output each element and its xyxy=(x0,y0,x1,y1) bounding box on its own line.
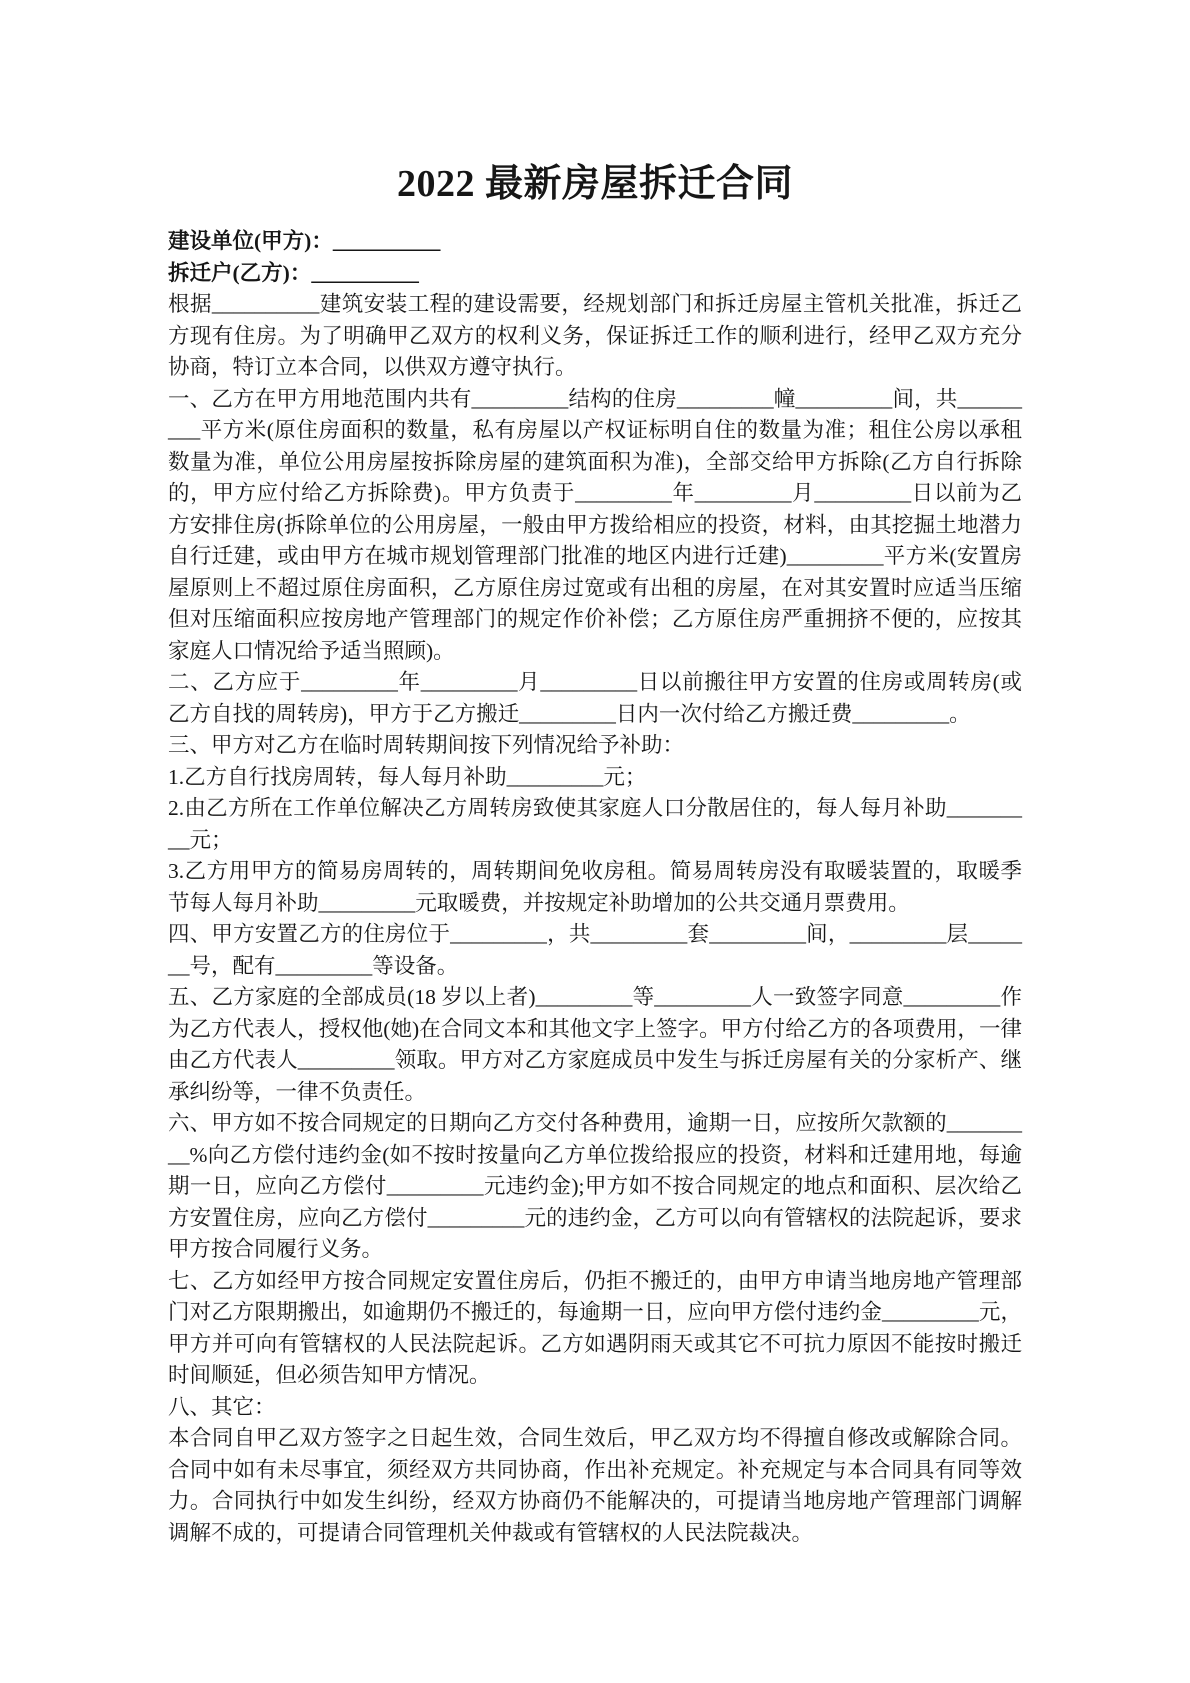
party-b-line: 拆迁户(乙方)：__________ xyxy=(168,258,1022,290)
clause-5-paragraph: 五、乙方家庭的全部成员(18 岁以上者)_________等_________人… xyxy=(168,982,1022,1108)
clause-3-item-3: 3.乙方用甲方的简易房周转的，周转期间免收房租。简易周转房没有取暖装置的，取暖季… xyxy=(168,856,1022,919)
closing-paragraph: 本合同自甲乙双方签字之日起生效，合同生效后，甲乙双方均不得擅自修改或解除合同。合… xyxy=(168,1423,1022,1549)
clause-6-paragraph: 六、甲方如不按合同规定的日期向乙方交付各种费用，逾期一日，应按所欠款额的____… xyxy=(168,1108,1022,1266)
clause-3-item-1: 1.乙方自行找房周转，每人每月补助_________元； xyxy=(168,762,1022,794)
party-a-line: 建设单位(甲方)：__________ xyxy=(168,226,1022,258)
document-title: 2022 最新房屋拆迁合同 xyxy=(168,162,1022,206)
clause-8-heading: 八、其它： xyxy=(168,1392,1022,1424)
clause-3-paragraph: 三、甲方对乙方在临时周转期间按下列情况给予补助： xyxy=(168,730,1022,762)
clause-2-paragraph: 二、乙方应于_________年_________月_________日以前搬往… xyxy=(168,667,1022,730)
clause-3-item-2: 2.由乙方所在工作单位解决乙方周转房致使其家庭人口分散居住的，每人每月补助___… xyxy=(168,793,1022,856)
clause-4-paragraph: 四、甲方安置乙方的住房位于_________，共_________套______… xyxy=(168,919,1022,982)
preamble-paragraph: 根据__________建筑安装工程的建设需要，经规划部门和拆迁房屋主管机关批准… xyxy=(168,289,1022,384)
clause-1-paragraph: 一、乙方在甲方用地范围内共有_________结构的住房_________幢__… xyxy=(168,384,1022,668)
clause-7-paragraph: 七、乙方如经甲方按合同规定安置住房后，仍拒不搬迁的，由甲方申请当地房地产管理部门… xyxy=(168,1266,1022,1392)
contract-page: 2022 最新房屋拆迁合同 建设单位(甲方)：__________ 拆迁户(乙方… xyxy=(0,0,1190,1683)
